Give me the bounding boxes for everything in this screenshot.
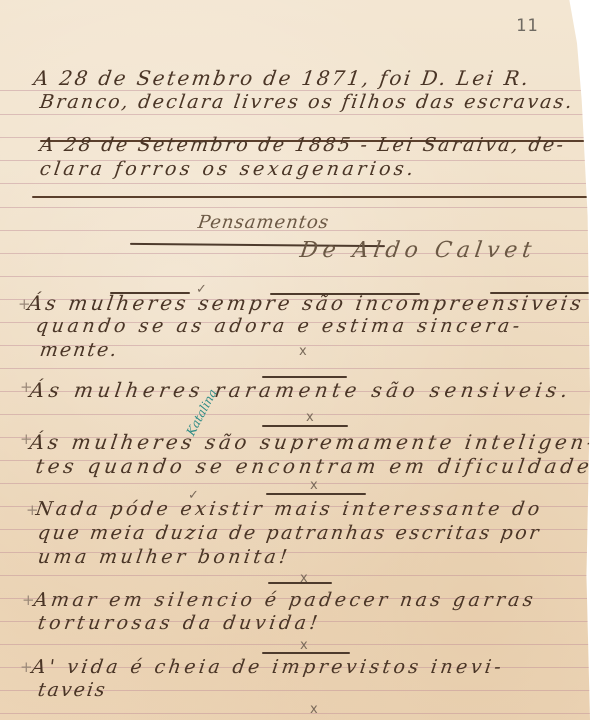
ruled-line — [0, 575, 590, 576]
cross-mark: x — [310, 702, 318, 717]
thought-4-line-3: uma mulher bonita! — [36, 546, 291, 568]
thought-5-line-2: torturosas da duvida! — [36, 612, 322, 634]
history-entry-2-line-2: clara forros os sexagenarios. — [38, 158, 418, 180]
ruled-line — [0, 276, 590, 277]
ruled-line — [0, 414, 590, 415]
separator-line — [268, 582, 332, 584]
separator-line — [262, 425, 348, 427]
title-byline: De Aldo Calvet — [298, 238, 538, 263]
cross-mark: x — [300, 571, 308, 586]
page-number: 11 — [516, 16, 538, 36]
thought-2-line-1: Ás mulheres raramente são sensiveis. — [28, 378, 573, 402]
ruled-line — [0, 483, 590, 484]
history-entry-1-line-2: Branco, declara livres os filhos das esc… — [38, 91, 575, 113]
thought-6-line-2: taveis — [36, 679, 108, 701]
ruled-line — [0, 114, 590, 115]
ruled-line — [0, 713, 590, 714]
cross-mark: x — [306, 410, 314, 425]
thought-4-line-2: que meia duzia de patranhas escritas por — [36, 522, 542, 544]
thought-3-line-2: tes quando se encontram em dificuldade! — [34, 454, 600, 478]
notebook-page: 11 A 28 de Setembro de 1871, foi D. Lei … — [0, 0, 590, 720]
thought-4-line-1: Nada póde existir mais interessante do — [34, 498, 544, 520]
thought-5-line-1: Amar em silencio é padecer nas garras — [32, 589, 537, 611]
history-entry-1-line-1: A 28 de Setembro de 1871, foi D. Lei R. — [32, 66, 532, 90]
ruled-line — [0, 183, 590, 184]
cross-mark: x — [299, 344, 307, 359]
history-entry-2-line-1: A 28 de Setembro de 1885 - Lei Saraiva, … — [38, 134, 566, 156]
separator-line — [32, 196, 590, 198]
separator-line — [266, 493, 366, 495]
thought-1-line-3: mente. — [38, 339, 120, 361]
title-heading: Pensamentos — [197, 212, 331, 233]
thought-6-line-1: A' vida é cheia de imprevistos inevi- — [30, 656, 505, 678]
ruled-line — [0, 644, 590, 645]
cross-mark: x — [300, 638, 308, 653]
thought-3-line-1: Ás mulheres são supremamente inteligen- — [28, 430, 599, 454]
thought-1-line-1: Ás mulheres sempre são incompreensiveis — [26, 291, 585, 315]
ruled-line — [0, 368, 590, 369]
thought-1-line-2: quando se as adora e estima sincera- — [34, 315, 524, 337]
cross-mark: x — [310, 478, 318, 493]
ruled-line — [0, 207, 590, 208]
separator-line — [262, 652, 350, 654]
